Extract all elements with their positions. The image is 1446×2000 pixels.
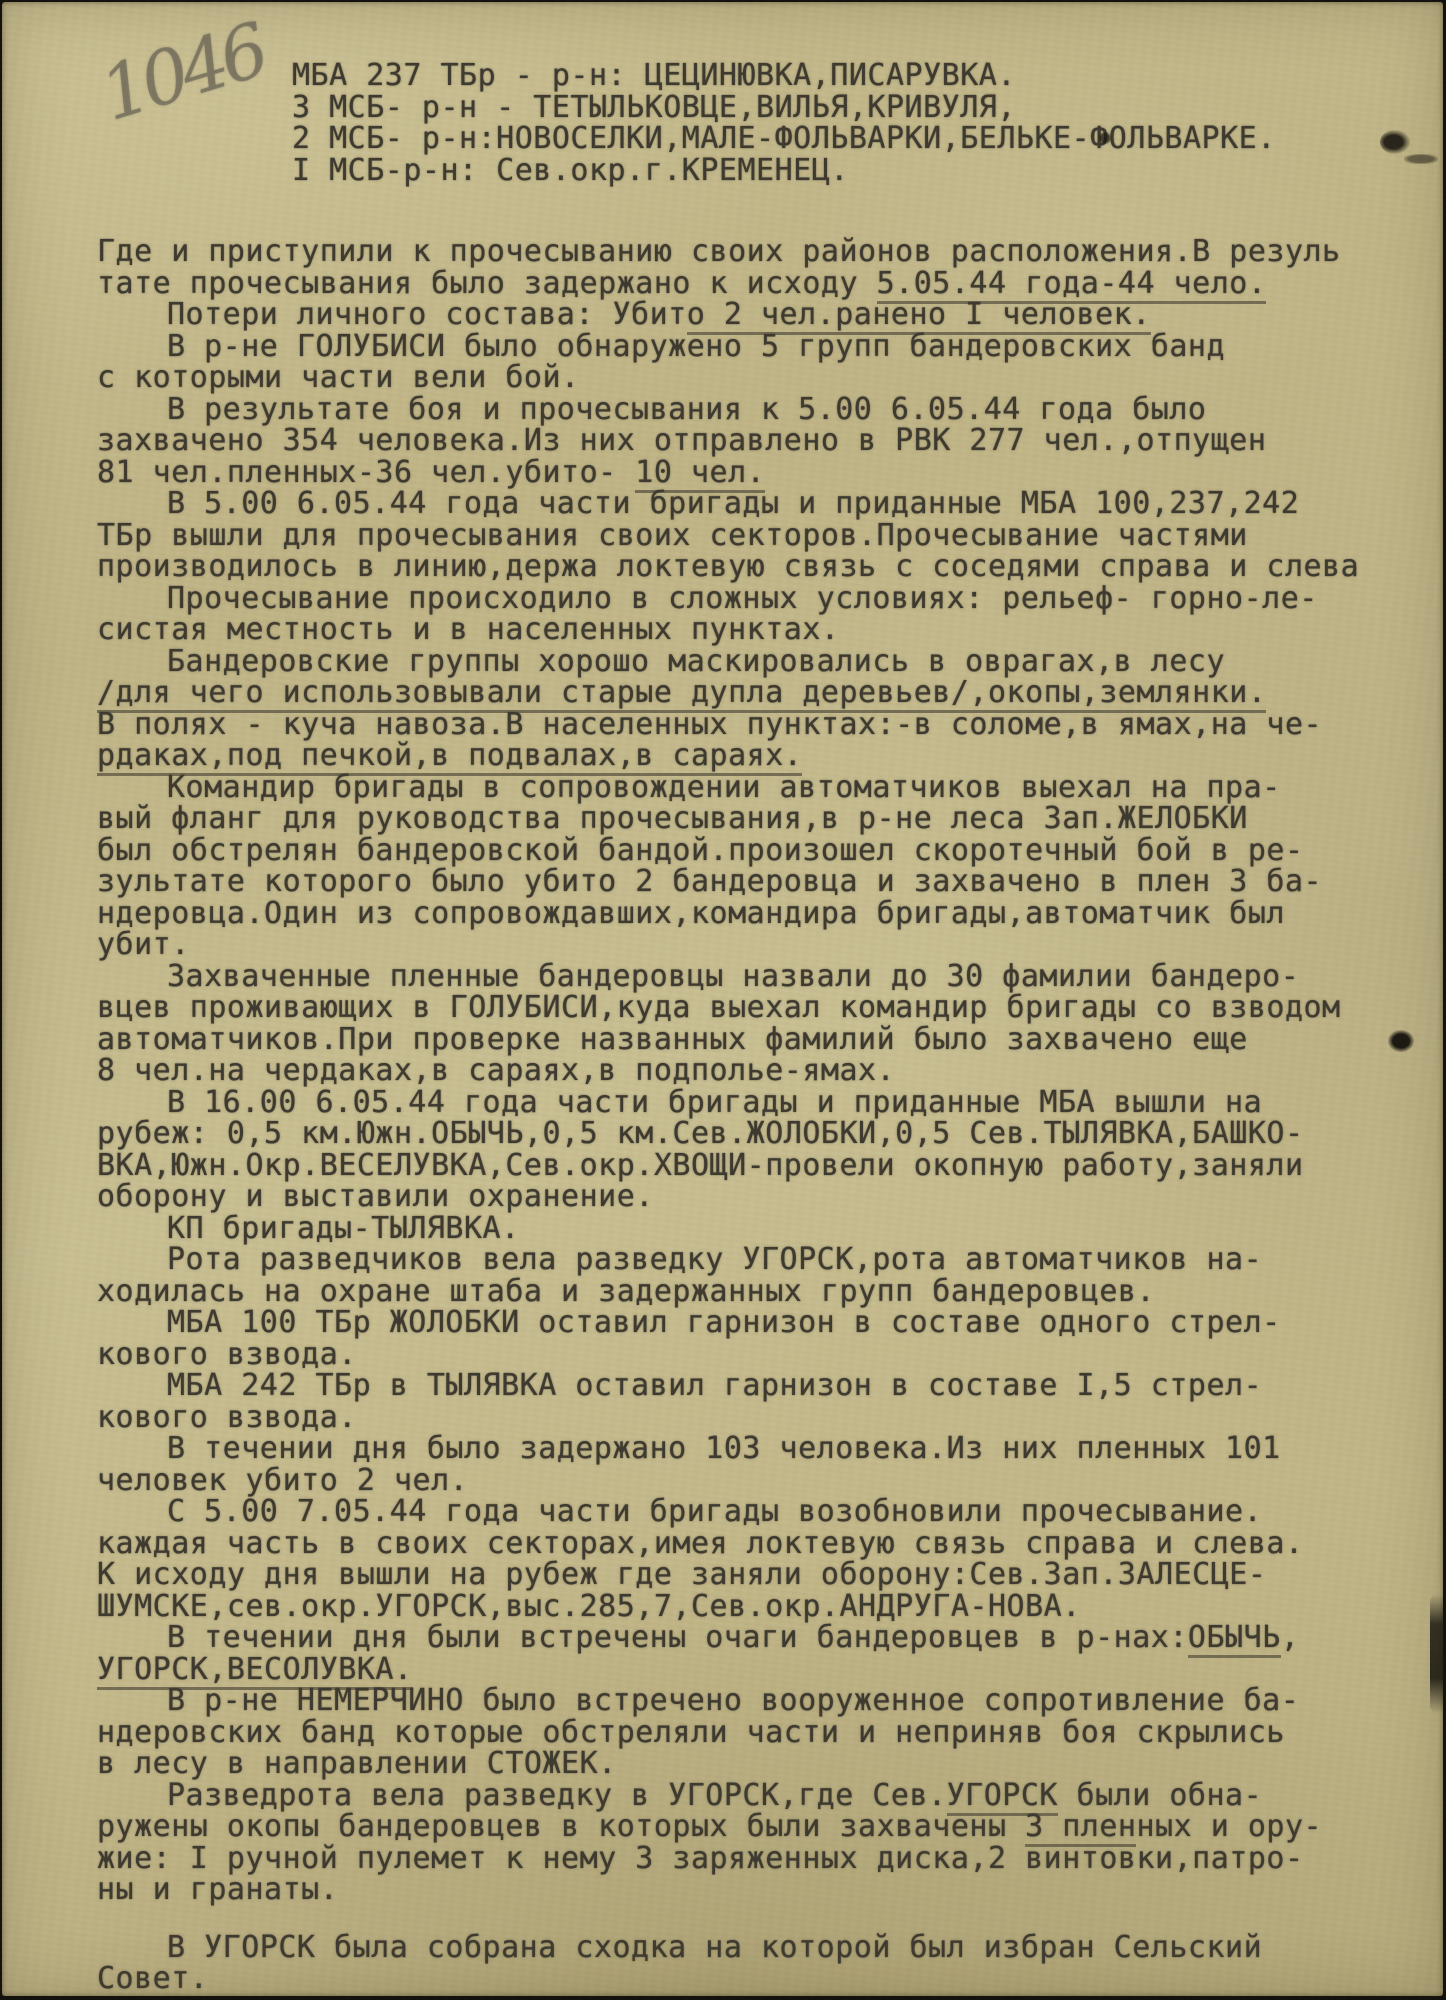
document-line: Совет.	[97, 1963, 1433, 1995]
underlined-text: УГОРСК	[947, 1778, 1058, 1813]
document-line: Потери личного состава: Убито 2 чел.ране…	[97, 299, 1433, 331]
document-line: каждая часть в своих секторах,имея локте…	[97, 1528, 1433, 1560]
text-segment: Захваченные пленные бандеровцы назвали д…	[167, 959, 1299, 994]
text-segment: В УГОРСК была собрана сходка на которой …	[167, 1930, 1262, 1965]
text-segment: убит.	[97, 927, 190, 962]
document-line: жие: I ручной пулемет к нему 3 заряженны…	[97, 1843, 1433, 1875]
document-line: В р-не ГОЛУБИСИ было обнаружено 5 групп …	[97, 331, 1433, 363]
header-line: МБА 237 ТБр - р-н: ЦЕЦИНЮВКА,ПИСАРУВКА.	[292, 60, 1433, 92]
text-segment: МБА 100 ТБр ЖОЛОБКИ оставил гарнизон в с…	[167, 1305, 1281, 1340]
document-line: систая местность и в населенных пунктах.	[97, 614, 1433, 646]
text-segment: Где и приступили к прочесыванию своих ра…	[97, 234, 1341, 269]
text-segment: КП бригады-ТЫЛЯВКА.	[167, 1211, 520, 1246]
unit-districts-header: МБА 237 ТБр - р-н: ЦЕЦИНЮВКА,ПИСАРУВКА.3…	[292, 60, 1433, 186]
text-segment: К исходу дня вышли на рубеж где заняли о…	[97, 1557, 1266, 1592]
header-line: 2 МСБ- р-н:НОВОСЕЛКИ,МАЛЕ-ФОЛЬВАРКИ,БЕЛЬ…	[292, 123, 1433, 155]
document-line: производилось в линию,держа локтевую свя…	[97, 551, 1433, 583]
header-line: 3 МСБ- р-н - ТЕТЫЛЬКОВЦЕ,ВИЛЬЯ,КРИВУЛЯ,	[292, 92, 1433, 124]
document-line: В 5.00 6.05.44 года части бригады и прид…	[97, 488, 1433, 520]
underlined-text: ОБЫЧЬ	[1188, 1620, 1281, 1655]
report-body: Где и приступили к прочесыванию своих ра…	[97, 236, 1433, 1995]
text-segment: ны и гранаты.	[97, 1872, 338, 1907]
text-segment: Прочесывание происходило в сложных услов…	[167, 581, 1318, 616]
document-line: ТБр вышли для прочесывания своих секторо…	[97, 520, 1433, 552]
document-line: УГОРСК,ВЕСОЛУВКА.	[97, 1654, 1433, 1686]
text-segment: жие: I ручной пулемет к нему 3 заряженны…	[97, 1841, 1304, 1876]
text-segment: В 16.00 6.05.44 года части бригады и при…	[167, 1085, 1262, 1120]
text-segment: ндеровца.Один из сопровождавших,командир…	[97, 896, 1285, 931]
text-segment: В результате боя и прочесывания к 5.00 6…	[167, 392, 1206, 427]
text-segment: В р-не ГОЛУБИСИ было обнаружено 5 групп …	[167, 329, 1225, 364]
document-line: вый фланг для руководства прочесывания,в…	[97, 803, 1433, 835]
document-line: ВКА,Южн.Окр.ВЕСЕЛУВКА,Сев.окр.ХВОЩИ-пров…	[97, 1150, 1433, 1182]
document-line: Прочесывание происходило в сложных услов…	[97, 583, 1433, 615]
underlined-text: о 2 чел.ранено I человек.	[687, 297, 1151, 332]
text-segment: зультате которого было убито 2 бандеровц…	[97, 864, 1322, 899]
text-segment: производилось в линию,держа локтевую свя…	[97, 549, 1359, 584]
text-segment: с которыми части вели бой.	[97, 360, 580, 395]
text-segment: вцев проживающих в ГОЛУБИСИ,куда выехал …	[97, 990, 1341, 1025]
text-segment: Рота разведчиков вела разведку УГОРСК,ро…	[167, 1242, 1262, 1277]
text-segment: вый фланг для руководства прочесывания,в…	[97, 801, 1248, 836]
text-segment: С 5.00 7.05.44 года части бригады возобн…	[167, 1494, 1262, 1529]
document-line: В р-не НЕМЕРЧИНО было встречено вооружен…	[97, 1685, 1433, 1717]
text-segment: ных и ору-	[1136, 1809, 1322, 1844]
text-segment: захвачено 354 человека.Из них отправлено…	[97, 423, 1266, 458]
document-line: с которыми части вели бой.	[97, 362, 1433, 394]
text-segment: МБА 242 ТБр в ТЫЛЯВКА оставил гарнизон в…	[167, 1368, 1262, 1403]
underlined-text: /для чего использовывали старые дупла де…	[97, 675, 1266, 710]
underlined-text: 10 чел.	[635, 455, 765, 490]
document-line: Захваченные пленные бандеровцы назвали д…	[97, 961, 1433, 993]
document-line: МБА 100 ТБр ЖОЛОБКИ оставил гарнизон в с…	[97, 1307, 1433, 1339]
document-line: Рота разведчиков вела разведку УГОРСК,ро…	[97, 1244, 1433, 1276]
document-line: 81 чел.пленных-36 чел.убито- 10 чел.	[97, 457, 1433, 489]
document-line: ндеровских банд которые обстреляли части…	[97, 1717, 1433, 1749]
underlined-text: 3 плен	[1025, 1809, 1136, 1844]
underlined-text: УГОРСК,ВЕСОЛУВКА.	[97, 1652, 413, 1687]
text-segment: рубеж: 0,5 км.Южн.ОБЫЧЬ,0,5 км.Сев.ЖОЛОБ…	[97, 1116, 1304, 1151]
text-segment: Командир бригады в сопровождении автомат…	[167, 770, 1281, 805]
paper-sheet: 1046 МБА 237 ТБр - р-н: ЦЕЦИНЮВКА,ПИСАРУ…	[2, 2, 1443, 1996]
document-line: кового взвода.	[97, 1402, 1433, 1434]
document-line: человек убито 2 чел.	[97, 1465, 1433, 1497]
document-line: 8 чел.на чердаках,в сараях,в подполье-ям…	[97, 1055, 1433, 1087]
document-line: Где и приступили к прочесыванию своих ра…	[97, 236, 1433, 268]
text-segment: ТБр вышли для прочесывания своих секторо…	[97, 518, 1248, 553]
text-segment: кового взвода.	[97, 1337, 357, 1372]
document-line: ходилась на охране штаба и задержанных г…	[97, 1276, 1433, 1308]
text-segment: Бандеровские группы хорошо маскировались…	[167, 644, 1225, 679]
document-line: Бандеровские группы хорошо маскировались…	[97, 646, 1433, 678]
text-segment: ружены окопы бандеровцев в которых были …	[97, 1809, 1025, 1844]
text-segment: кового взвода.	[97, 1400, 357, 1435]
text-segment: ,	[1281, 1620, 1300, 1655]
text-segment: В 5.00 6.05.44 года части бригады и прид…	[167, 486, 1299, 521]
document-line: В результате боя и прочесывания к 5.00 6…	[97, 394, 1433, 426]
text-segment: тате прочесывания было задержано к исход…	[97, 266, 877, 301]
document-line: зультате которого было убито 2 бандеровц…	[97, 866, 1433, 898]
text-segment: ходилась на охране штаба и задержанных г…	[97, 1274, 1155, 1309]
document-line: вцев проживающих в ГОЛУБИСИ,куда выехал …	[97, 992, 1433, 1024]
underlined-text: 5.05.44 года-44 чело.	[877, 266, 1267, 301]
typewritten-content: МБА 237 ТБр - р-н: ЦЕЦИНЮВКА,ПИСАРУВКА.3…	[97, 60, 1433, 1995]
text-segment: в лесу в направлении СТОЖЕК.	[97, 1746, 617, 1781]
document-line: рубеж: 0,5 км.Южн.ОБЫЧЬ,0,5 км.Сев.ЖОЛОБ…	[97, 1118, 1433, 1150]
text-segment: 81 чел.пленных-36 чел.убито-	[97, 455, 635, 490]
document-line: тате прочесывания было задержано к исход…	[97, 268, 1433, 300]
text-segment: человек убито 2 чел.	[97, 1463, 468, 1498]
document-line: ШУМСКЕ,сев.окр.УГОРСК,выс.285,7,Сев.окр.…	[97, 1591, 1433, 1623]
text-segment: Потери личного состава: Убит	[167, 297, 687, 332]
text-segment: каждая часть в своих секторах,имея локте…	[97, 1526, 1304, 1561]
document-line: Разведрота вела разведку в УГОРСК,где Се…	[97, 1780, 1433, 1812]
document-line: автоматчиков.При проверке названных фами…	[97, 1024, 1433, 1056]
text-segment: был обстрелян бандеровской бандой.произо…	[97, 833, 1304, 868]
text-segment: ндеровских банд которые обстреляли части…	[97, 1715, 1285, 1750]
text-segment: автоматчиков.При проверке названных фами…	[97, 1022, 1248, 1057]
text-segment: 8 чел.на чердаках,в сараях,в подполье-ям…	[97, 1053, 895, 1088]
text-segment: оборону и выставили охранение.	[97, 1179, 654, 1214]
text-segment: систая местность и в населенных пунктах.	[97, 612, 839, 647]
text-segment: ШУМСКЕ,сев.окр.УГОРСК,выс.285,7,Сев.окр.…	[97, 1589, 1081, 1624]
document-line: Командир бригады в сопровождении автомат…	[97, 772, 1433, 804]
document-line: К исходу дня вышли на рубеж где заняли о…	[97, 1559, 1433, 1591]
document-line: ружены окопы бандеровцев в которых были …	[97, 1811, 1433, 1843]
document-line: В 16.00 6.05.44 года части бригады и при…	[97, 1087, 1433, 1119]
text-segment: ВКА,Южн.Окр.ВЕСЕЛУВКА,Сев.окр.ХВОЩИ-пров…	[97, 1148, 1304, 1183]
document-line: захвачено 354 человека.Из них отправлено…	[97, 425, 1433, 457]
document-line: рдаках,под печкой,в подвалах,в сараях.	[97, 740, 1433, 772]
text-segment: были обна-	[1058, 1778, 1262, 1813]
document-line: ны и гранаты.	[97, 1874, 1433, 1906]
document-line: КП бригады-ТЫЛЯВКА.	[97, 1213, 1433, 1245]
document-line: ндеровца.Один из сопровождавших,командир…	[97, 898, 1433, 930]
underlined-text: рдаках,под печкой,в подвалах,в сараях.	[97, 738, 802, 773]
document-line: МБА 242 ТБр в ТЫЛЯВКА оставил гарнизон в…	[97, 1370, 1433, 1402]
document-line: В полях - куча навоза.В населенных пункт…	[97, 709, 1433, 741]
document-line: В течении дня были встречены очаги банде…	[97, 1622, 1433, 1654]
text-segment: В полях - куча навоза.В населенных пункт…	[97, 707, 1322, 742]
document-line: оборону и выставили охранение.	[97, 1181, 1433, 1213]
document-line: в лесу в направлении СТОЖЕК.	[97, 1748, 1433, 1780]
header-line: I МСБ-р-н: Сев.окр.г.КРЕМЕНЕЦ.	[292, 155, 1433, 187]
document-line: убит.	[97, 929, 1433, 961]
text-segment: В р-не НЕМЕРЧИНО было встречено вооружен…	[167, 1683, 1299, 1718]
document-line: С 5.00 7.05.44 года части бригады возобн…	[97, 1496, 1433, 1528]
text-segment: В течении дня были встречены очаги банде…	[167, 1620, 1188, 1655]
text-segment: Совет.	[97, 1961, 208, 1996]
document-line: В УГОРСК была собрана сходка на которой …	[97, 1932, 1433, 1964]
document-line: кового взвода.	[97, 1339, 1433, 1371]
document-line: В течении дня было задержано 103 человек…	[97, 1433, 1433, 1465]
text-segment: В течении дня было задержано 103 человек…	[167, 1431, 1281, 1466]
document-line: /для чего использовывали старые дупла де…	[97, 677, 1433, 709]
text-segment: Разведрота вела разведку в УГОРСК,где Се…	[167, 1778, 947, 1813]
scanned-document-page: { "colors": { "paper": "#c6bb8e", "ink":…	[0, 0, 1446, 2000]
document-line: был обстрелян бандеровской бандой.произо…	[97, 835, 1433, 867]
